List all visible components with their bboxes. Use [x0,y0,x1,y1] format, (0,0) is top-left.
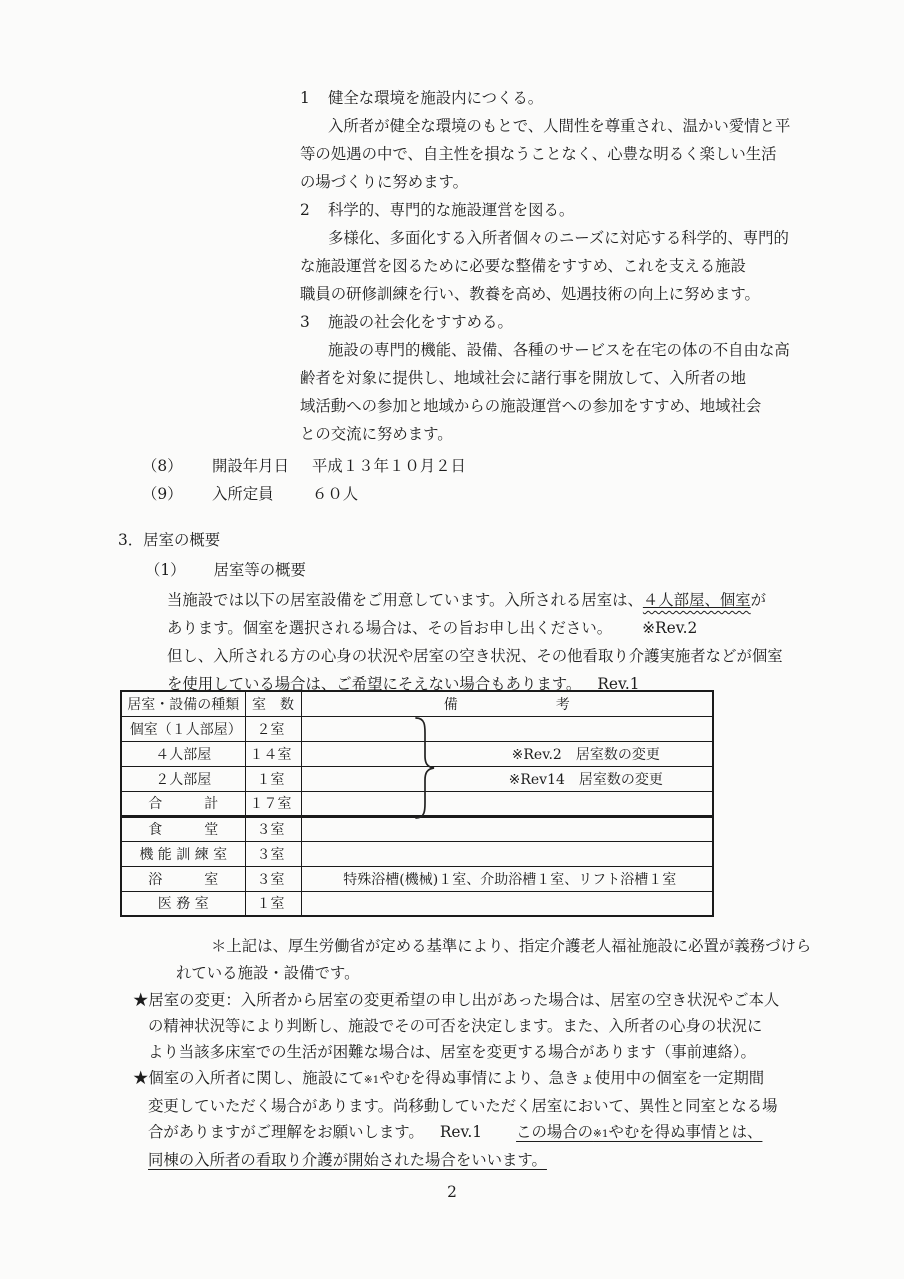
cell-remark [301,791,713,816]
revision-marker-rev1: Rev.1 [440,1123,482,1141]
cell-room-type: 機 能 訓 練 室 [121,841,245,866]
intro-text: 但し、入所される方の心身の状況や居室の空き状況、その他看取り介護実施者などが個室… [167,647,783,693]
subsection-number: （1） [145,561,186,579]
policy-item-heading: 健全な環境を施設内につくる。 [328,89,543,107]
cell-room-count: ２室 [245,716,301,741]
table-header-row: 居室・設備の種類 室 数 備 考 [121,691,713,716]
policy-item-heading: 施設の社会化をすすめる。 [328,313,513,331]
fact-value: ６０人 [312,480,358,508]
revision-marker-rev2: ※Rev.2 [642,619,697,637]
cell-remark: ※Rev.2 居室数の変更 [301,741,713,766]
rooms-table: 居室・設備の種類 室 数 備 考 個室（１人部屋） ２室 ４人部屋 １４室 ※R… [120,690,714,917]
footnote-ref-1: ※1 [593,1128,608,1140]
fact-value: 平成１３年１０月２日 [312,452,466,480]
cell-room-count: １室 [245,766,301,791]
policy-item-title: 3施設の社会化をすすめる。 [300,308,812,336]
fact-number: （9） [142,480,212,508]
intro-text: 当施設では以下の居室設備をご用意しています。入所される居室は、 [167,591,643,609]
fact-opening-date: （8）開設年月日平成１３年１０月２日 [142,452,466,480]
cell-room-count: ３室 [245,816,301,841]
table-row: 食 堂 ３室 [121,816,713,841]
subsection-heading: （1）居室等の概要 [145,558,306,580]
policy-item-body: 施設の専門的機能、設備、各種のサービスを在宅の体の不自由な高 齢者を対象に提供し… [300,336,812,448]
note-text: ★個室の入所者に関し、施設にて [133,1069,364,1087]
policy-item-3: 3施設の社会化をすすめる。 施設の専門的機能、設備、各種のサービスを在宅の体の不… [300,308,812,448]
table-row: 浴 室 ３室 特殊浴槽(機械)１室、介助浴槽１室、リフト浴槽１室 [121,866,713,891]
rooms-intro-paragraph: 当施設では以下の居室設備をご用意しています。入所される居室は、４人部屋、個室が … [167,586,822,698]
fact-label: 開設年月日 [212,452,312,480]
policy-item-number: 3 [300,308,328,336]
table-row: ４人部屋 １４室 ※Rev.2 居室数の変更 [121,741,713,766]
document-page: 1健全な環境を施設内につくる。 入所者が健全な環境のもとで、人間性を尊重され、温… [0,0,904,1279]
cell-room-type: 食 堂 [121,816,245,841]
fact-capacity: （9）入所定員６０人 [142,480,466,508]
cell-room-count: １４室 [245,741,301,766]
policy-item-number: 2 [300,196,328,224]
cell-room-type: 個室（１人部屋） [121,716,245,741]
cell-remark: 特殊浴槽(機械)１室、介助浴槽１室、リフト浴槽１室 [301,866,713,891]
cell-remark [301,891,713,916]
policy-item-body: 多様化、多面化する入所者個々のニーズに対応する科学的、専門的 な施設運営を図るた… [300,224,812,308]
note-required-facilities: ＊上記は、厚生労働省が定める基準により、指定介護老人福祉施設に必置が義務づけら … [176,933,821,987]
cell-remark [301,816,713,841]
cell-remark [301,841,713,866]
header-remarks: 備 考 [301,691,713,716]
management-policy-list: 1健全な環境を施設内につくる。 入所者が健全な環境のもとで、人間性を尊重され、温… [300,84,812,448]
footnote-ref-1: ※1 [364,1074,379,1086]
cell-room-type: 医 務 室 [121,891,245,916]
table-row-total: 合 計 １７室 [121,791,713,816]
fact-number: （8） [142,452,212,480]
policy-item-body: 入所者が健全な環境のもとで、人間性を尊重され、温かい愛情と平 等の処遇の中で、自… [300,112,812,196]
policy-item-title: 2科学的、専門的な施設運営を図る。 [300,196,812,224]
table-row: ２人部屋 １室 ※Rev14 居室数の変更 [121,766,713,791]
header-room-type: 居室・設備の種類 [121,691,245,716]
underlined-room-types: ４人部屋、個室 [643,591,751,609]
page-number: 2 [0,1183,904,1201]
facility-facts: （8）開設年月日平成１３年１０月２日 （9）入所定員６０人 [142,452,466,508]
section-heading: 3．居室の概要 [118,528,220,550]
table-row: 個室（１人部屋） ２室 [121,716,713,741]
policy-item-1: 1健全な環境を施設内につくる。 入所者が健全な環境のもとで、人間性を尊重され、温… [300,84,812,196]
note-room-change: ★居室の変更：入所者から居室の変更希望の申し出があった場合は、居室の空き状況やご… [133,987,818,1065]
policy-item-heading: 科学的、専門的な施設運営を図る。 [328,201,574,219]
cell-room-count: ３室 [245,841,301,866]
cell-remark [301,716,713,741]
cell-room-type: ２人部屋 [121,766,245,791]
cell-room-type: 合 計 [121,791,245,816]
cell-room-count: ３室 [245,866,301,891]
table-row: 機 能 訓 練 室 ３室 [121,841,713,866]
cell-remark: ※Rev14 居室数の変更 [301,766,713,791]
policy-item-2: 2科学的、専門的な施設運営を図る。 多様化、多面化する入所者個々のニーズに対応す… [300,196,812,308]
header-room-count: 室 数 [245,691,301,716]
cell-room-count: １７室 [245,791,301,816]
table-row: 医 務 室 １室 [121,891,713,916]
cell-room-type: ４人部屋 [121,741,245,766]
cell-room-type: 浴 室 [121,866,245,891]
rooms-table-wrap: 居室・設備の種類 室 数 備 考 個室（１人部屋） ２室 ４人部屋 １４室 ※R… [120,690,712,917]
policy-item-number: 1 [300,84,328,112]
note-private-room: ★個室の入所者に関し、施設にて※1やむを得ぬ事情により、急きょ使用中の個室を一定… [133,1065,818,1173]
cell-room-count: １室 [245,891,301,916]
subsection-title: 居室等の概要 [214,561,306,579]
policy-item-title: 1健全な環境を施設内につくる。 [300,84,812,112]
fact-label: 入所定員 [212,480,312,508]
